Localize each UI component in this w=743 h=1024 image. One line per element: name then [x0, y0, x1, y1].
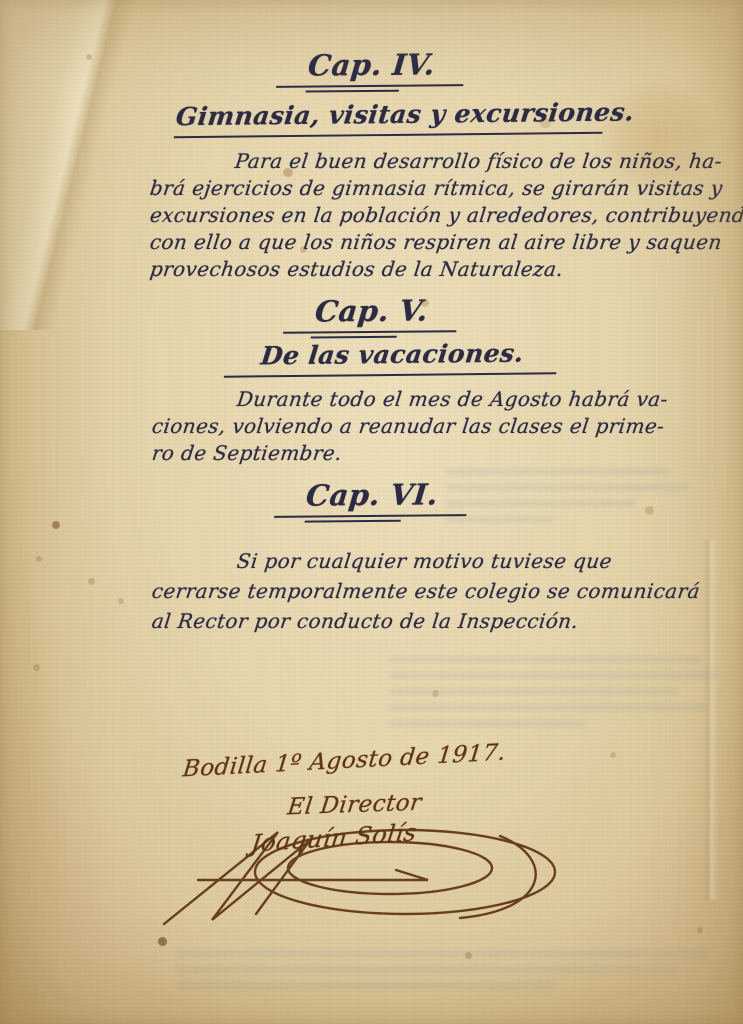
manuscript-line: Si por cualquier motivo tuviese que [150, 546, 699, 576]
manuscript-line: excursiones en la población y alrededore… [148, 202, 696, 229]
manuscript-line: cerrarse temporalmente este colegio se c… [150, 576, 699, 606]
manuscript-line: ciones, volviendo a reanudar las clases … [150, 413, 698, 440]
manuscript-line: Para el buen desarrollo físico de los ni… [148, 148, 696, 175]
manuscript-line: provechosos estudios de la Naturaleza. [148, 256, 696, 283]
foxing-spot [697, 927, 703, 933]
section-cap-v-paragraph: Durante todo el mes de Agosto habrá va- … [152, 386, 697, 467]
foxing-spot [118, 598, 124, 604]
manuscript-page: Cap. IV. Gimnasia, visitas y excursiones… [0, 0, 743, 1024]
section-cap-v-subtitle: De las vacaciones. [224, 338, 560, 377]
section-cap-vi-heading-row: Cap. VI. [0, 478, 743, 517]
section-cap-iv-subtitle: Gimnasia, visitas y excursiones. [174, 98, 607, 138]
manuscript-line: al Rector por conducto de la Inspección. [150, 606, 699, 636]
manuscript-line: ro de Septiembre. [150, 440, 698, 467]
manuscript-line: con ello a que los niños respiren al air… [148, 229, 696, 256]
section-cap-iv-heading-row: Cap. IV. [0, 48, 743, 87]
foxing-spot [52, 521, 60, 529]
foxing-spot [158, 937, 167, 946]
section-cap-iv-paragraph: Para el buen desarrollo físico de los ni… [150, 148, 695, 283]
manuscript-line: Durante todo el mes de Agosto habrá va- [150, 386, 698, 413]
foxing-spot [33, 664, 40, 671]
foxing-spot [36, 556, 42, 562]
section-cap-vi-paragraph: Si por cualquier motivo tuviese que cerr… [152, 546, 697, 636]
foxing-spot [465, 952, 472, 959]
manuscript-line: brá ejercicios de gimnasia rítmica, se g… [148, 175, 696, 202]
ink-bleed-ghost [175, 950, 720, 998]
ink-bleed-ghost [388, 656, 718, 736]
foxing-spot [610, 752, 616, 758]
signature-name: Joaquín Solís [249, 818, 418, 857]
foxing-spot [88, 578, 95, 585]
director-role-line: El Director [286, 790, 423, 821]
foxing-spot [432, 690, 439, 697]
dateline: Bodilla 1º Agosto de 1917. [182, 740, 508, 783]
chapter-heading-cap-v: Cap. V. [283, 293, 460, 334]
chapter-heading-cap-vi: Cap. VI. [274, 477, 470, 518]
chapter-heading-cap-iv: Cap. IV. [276, 47, 467, 88]
section-cap-v-heading-row: Cap. V. [0, 294, 743, 333]
